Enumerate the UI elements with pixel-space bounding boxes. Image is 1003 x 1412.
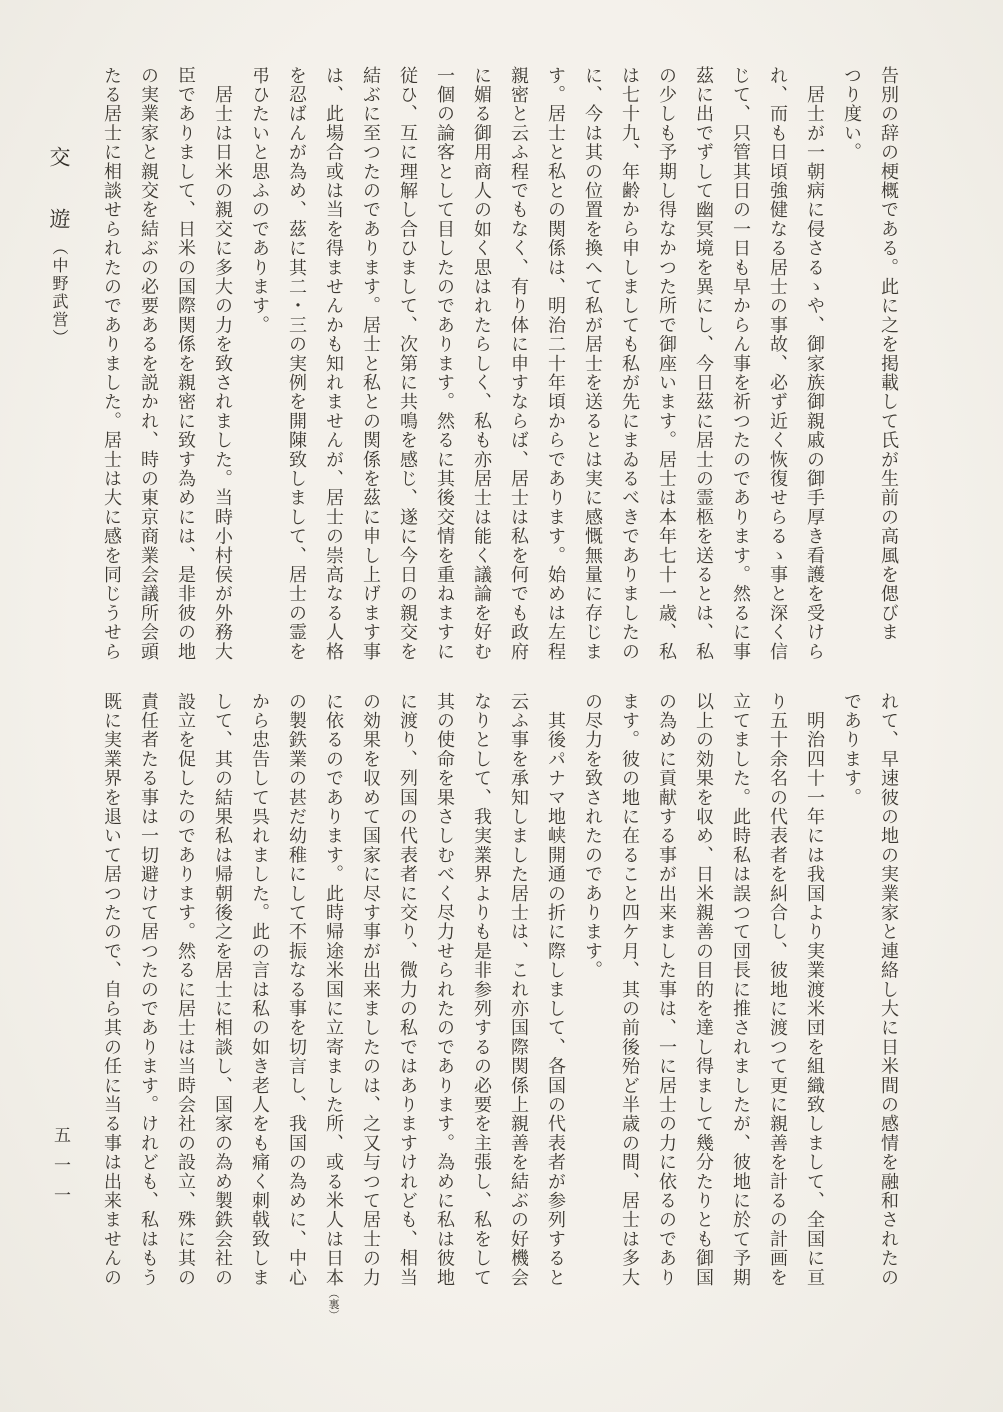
- text-column: 告別の辞の梗概である。此に之を掲載して氏が生前の高風を偲びま: [870, 66, 907, 688]
- text-column: 以上の効果を収め、日米親善の目的を達し得まして幾分たりとも御国: [685, 692, 722, 1314]
- text-column: 弔ひたいと思ふのであります。: [241, 66, 278, 688]
- text-column: じて、只管其日の一日も早からん事を祈つたのであります。然るに事: [722, 66, 759, 688]
- text-column: 居士が一朝病に侵さるゝや、御家族御親戚の御手厚き看護を受けら: [796, 66, 833, 688]
- bottom-text-block: れて、早速彼の地の実業家と連絡し大に日米間の感情を融和されたのであります。 明治…: [91, 692, 907, 1314]
- margin-title: 交 遊（中野武営）: [44, 146, 74, 347]
- text-column: 従ひ、互に理解し合ひまして、次第に共鳴を感じ、遂に今日の親交を: [389, 66, 426, 688]
- text-column: 設立を促したのであります。然るに居士は当時会社の設立、殊に其の: [167, 692, 204, 1314]
- inline-back-note: （裏）: [327, 1287, 340, 1320]
- text-column: 責任者たる事は一切避けて居つたのであります。けれども、私はもう: [130, 692, 167, 1314]
- text-column: なりとして、我実業界よりも是非参列するの必要を主張し、私をして: [463, 692, 500, 1314]
- text-column: 結ぶに至つたのであります。居士と私との関係を茲に申し上げます事: [352, 66, 389, 688]
- text-column: は、此場合或は当を得ませんかも知れませんが、居士の崇高なる人格: [315, 66, 352, 688]
- text-column: の効果を収めて国家に尽す事が出来ましたのは、之又与つて居士の力: [352, 692, 389, 1314]
- text-column: れ、而も日頃強健なる居士の事故、必ず近く恢復せらるゝ事と深く信: [759, 66, 796, 688]
- text-column: たる居士に相談せられたのでありました。居士は大に感を同じうせら: [93, 66, 130, 688]
- text-column: 明治四十一年には我国より実業渡米団を組織致しまして、全国に亘: [796, 692, 833, 1314]
- text-column: 立てました。此時私は誤つて団長に推されましたが、彼地に於て予期: [722, 692, 759, 1314]
- text-column: の為めに貢献する事が出来ました事は、一に居士の力に依るのであり: [648, 692, 685, 1314]
- text-column: から忠告して呉れました。此の言は私の如き老人をも痛く刺戟致しま: [241, 692, 278, 1314]
- text-column: の少しも予期し得なかつた所で御座います。居士は本年七十一歳、私: [648, 66, 685, 688]
- margin-title-text: 交 遊: [47, 146, 71, 239]
- text-column: 臣でありまして、日米の国際関係を親密に致す為めには、是非彼の地: [167, 66, 204, 688]
- text-column: 其の使命を果さしむべく尽力せられたのであります。為めに私は彼地: [426, 692, 463, 1314]
- text-column: 既に実業界を退いて居つたので、自ら其の任に当る事は出来ませんの: [93, 692, 130, 1314]
- top-text-block: 告別の辞の梗概である。此に之を掲載して氏が生前の高風を偲びまつり度い。 居士が一…: [91, 66, 907, 688]
- text-column: に媚る御用商人の如く思はれたらしく、私も亦居士は能く議論を好む: [463, 66, 500, 688]
- text-column: を忍ばんが為め、茲に其二・三の実例を開陳致しまして、居士の霊を: [278, 66, 315, 688]
- text-column: であります。: [833, 692, 870, 1314]
- text-column: つり度い。: [833, 66, 870, 688]
- text-column: 云ふ事を承知しました居士は、これ亦国際関係上親善を結ぶの好機会: [500, 692, 537, 1314]
- text-column: して、其の結果私は帰朝後之を居士に相談し、国家の為め製鉄会社の: [204, 692, 241, 1314]
- text-column: の製鉄業の甚だ幼稚にして不振なる事を切言し、我国の為めに、中心: [278, 692, 315, 1314]
- text-column: 茲に出でずして幽冥境を異にし、今日茲に居士の霊柩を送るとは、私: [685, 66, 722, 688]
- text-column: の実業家と親交を結ぶの必要あるを説かれ、時の東京商業会議所会頭: [130, 66, 167, 688]
- text-column: に、今は其の位置を換へて私が居士を送るとは実に感慨無量に存じま: [574, 66, 611, 688]
- book-page: 交 遊（中野武営） 告別の辞の梗概である。此に之を掲載して氏が生前の高風を偲びま…: [0, 0, 1003, 1412]
- text-column: り五十余名の代表者を糾合し、彼地に渡つて更に親善を計るの計画を: [759, 692, 796, 1314]
- text-column: 親密と云ふ程でもなく、有り体に申すならば、居士は私を何でも政府: [500, 66, 537, 688]
- text-column: ます。彼の地に在ること四ケ月、其の前後殆ど半歳の間、居士は多大: [611, 692, 648, 1314]
- text-column: す。居士と私との関係は、明治二十年頃からであります。始めは左程: [537, 66, 574, 688]
- margin-title-author: （中野武営）: [50, 239, 69, 347]
- text-column: れて、早速彼の地の実業家と連絡し大に日米間の感情を融和されたの: [870, 692, 907, 1314]
- text-column: 一個の論客として目したのであります。然るに其後交情を重ねますに: [426, 66, 463, 688]
- page-number: 五一一: [48, 1126, 73, 1216]
- text-column: は七十九、年齢から申しましても私が先にまゐるべきでありましたの: [611, 66, 648, 688]
- text-column: に渡り、列国の代表者に交り、微力の私ではありますけれども、相当: [389, 692, 426, 1314]
- text-column: 居士は日米の親交に多大の力を致されました。当時小村侯が外務大: [204, 66, 241, 688]
- text-column: の尽力を致されたのであります。: [574, 692, 611, 1314]
- text-column: 其後パナマ地峡開通の折に際しまして、各国の代表者が参列すると: [537, 692, 574, 1314]
- text-column: に依るのであります。此時帰途米国に立寄ました所、或る米人は日本（裏）: [315, 692, 352, 1314]
